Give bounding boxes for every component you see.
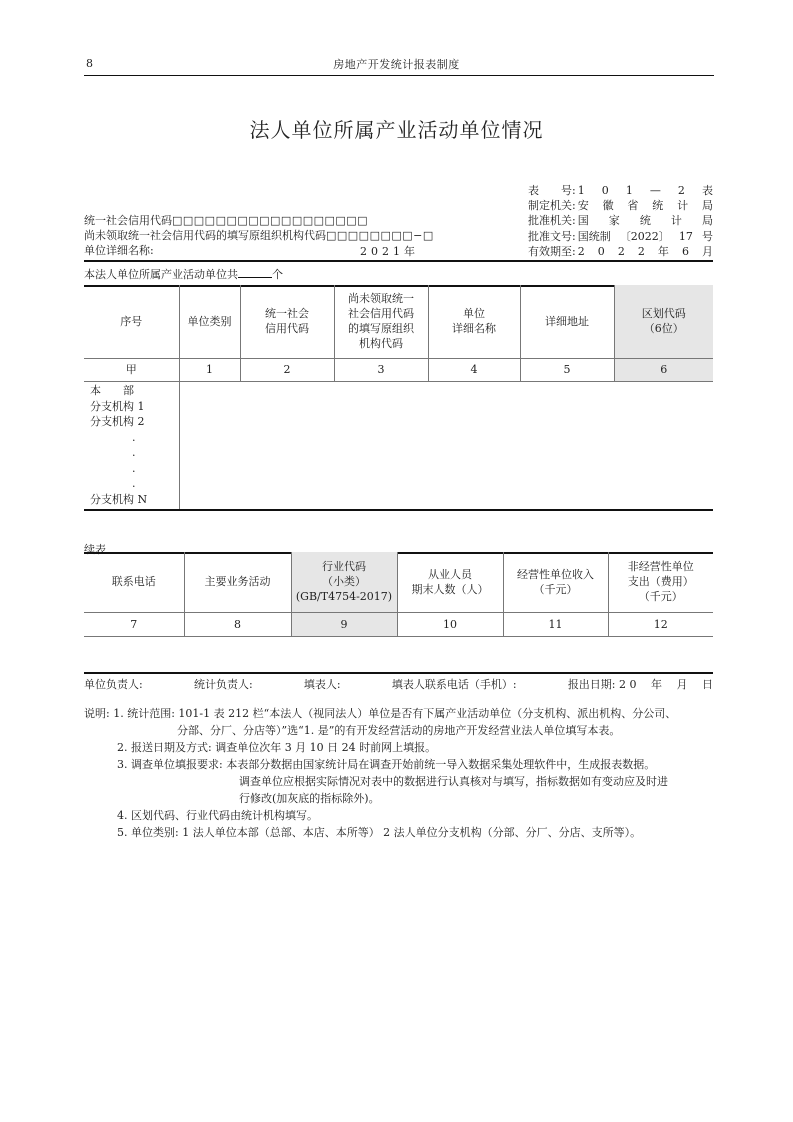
code-cell: 4 bbox=[428, 358, 520, 381]
unit-count-blank[interactable] bbox=[238, 267, 272, 278]
ellipsis-dot: . bbox=[90, 461, 147, 477]
approver-value: 国家统计局 bbox=[578, 213, 713, 228]
table-activity-units: 序号 单位类别 统一社会信用代码 尚未领取统一社会信用代码的填写原组织机构代码 … bbox=[84, 285, 713, 382]
document-title: 法人单位所属产业活动单位情况 bbox=[0, 114, 793, 143]
code-cell: 8 bbox=[184, 612, 291, 636]
org-code-boxes[interactable]: □□□□□□□□−□ bbox=[326, 229, 434, 242]
code-cell: 甲 bbox=[84, 358, 179, 381]
valid-until-value: 2022年6月 bbox=[578, 244, 713, 259]
code-cell: 12 bbox=[608, 612, 713, 636]
unit-count-line: 本法人单位所属产业活动单位共个 bbox=[84, 266, 283, 282]
table1-bottom-rule bbox=[84, 509, 713, 511]
approval-doc-value: 国统制〔2022〕17号 bbox=[578, 229, 713, 244]
org-code-label: 尚未领取统一社会信用代码的填写原组织机构代码 bbox=[84, 229, 326, 242]
org-code-field[interactable]: 尚未领取统一社会信用代码的填写原组织机构代码□□□□□□□□−□ bbox=[84, 228, 434, 243]
note-line: 4. 区划代码、行业代码由统计机构填写。 bbox=[84, 807, 724, 824]
code-cell: 11 bbox=[503, 612, 608, 636]
valid-until-row: 有效期至: 2022年6月 bbox=[528, 244, 713, 259]
row-label-headquarters: 本 部 bbox=[90, 383, 147, 399]
issuer-value: 安徽省统计局 bbox=[578, 198, 713, 213]
col-header-address: 详细地址 bbox=[520, 285, 614, 358]
running-title: 房地产开发统计报表制度 bbox=[0, 56, 793, 72]
report-year: 2021年 bbox=[360, 243, 419, 259]
note-line: 3. 调查单位填报要求: 本表部分数据由国家统计局在调查开始前统一导入数据采集处… bbox=[84, 756, 724, 773]
approver-row: 批准机关: 国家统计局 bbox=[528, 213, 713, 228]
stat-head-label: 统计负责人: bbox=[194, 676, 253, 692]
col-header-division-code: 区划代码（6位） bbox=[614, 285, 713, 358]
report-date-label: 报出日期: 2 0 年 月 日 bbox=[568, 676, 713, 692]
code-cell: 1 bbox=[179, 358, 240, 381]
code-cell: 3 bbox=[334, 358, 428, 381]
filler-label: 填表人: bbox=[304, 676, 341, 692]
unit-count-label: 本法人单位所属产业活动单位共 bbox=[84, 268, 238, 281]
col-header-org-code: 尚未领取统一社会信用代码的填写原组织机构代码 bbox=[334, 285, 428, 358]
ellipsis-dot: . bbox=[90, 445, 147, 461]
valid-until-label: 有效期至: bbox=[528, 244, 576, 259]
col-header-seq: 序号 bbox=[84, 285, 179, 358]
code-cell: 5 bbox=[520, 358, 614, 381]
issuer-row: 制定机关: 安徽省统计局 bbox=[528, 198, 713, 213]
col-header-credit-code: 统一社会信用代码 bbox=[240, 285, 334, 358]
ellipsis-dot: . bbox=[90, 430, 147, 446]
table2-code-row: 7 8 9 10 11 12 bbox=[84, 612, 713, 636]
code-cell: 7 bbox=[84, 612, 184, 636]
form-meta: 表 号: 101—2表 制定机关: 安徽省统计局 批准机关: 国家统计局 批准文… bbox=[528, 183, 713, 259]
code-cell: 10 bbox=[397, 612, 503, 636]
row-label-branch-2: 分支机构 2 bbox=[90, 414, 147, 430]
notes: 说明: 1. 统计范围: 101-1 表 212 栏“本法人（视同法人）单位是否… bbox=[84, 705, 724, 841]
note-line: 行修改(加灰底的指标除外)。 bbox=[84, 790, 724, 807]
col-header-unit-type: 单位类别 bbox=[179, 285, 240, 358]
approval-doc-row: 批准文号: 国统制〔2022〕17号 bbox=[528, 229, 713, 244]
table1-code-row: 甲 1 2 3 4 5 6 bbox=[84, 358, 713, 381]
credit-code-label: 统一社会信用代码 bbox=[84, 214, 172, 227]
form-number-label: 表 号: bbox=[528, 183, 576, 198]
credit-code-boxes[interactable]: □□□□□□□□□□□□□□□□□□ bbox=[172, 214, 368, 227]
signature-rule bbox=[84, 672, 713, 674]
col-header-industry-code: 行业代码（小类）(GB/T4754-2017) bbox=[291, 552, 397, 612]
credit-code-field[interactable]: 统一社会信用代码□□□□□□□□□□□□□□□□□□ bbox=[84, 213, 434, 228]
table1-header-row: 序号 单位类别 统一社会信用代码 尚未领取统一社会信用代码的填写原组织机构代码 … bbox=[84, 285, 713, 358]
note-line: 说明: 1. 统计范围: 101-1 表 212 栏“本法人（视同法人）单位是否… bbox=[84, 705, 724, 722]
col-header-employees: 从业人员期末人数（人） bbox=[397, 552, 503, 612]
form-number-row: 表 号: 101—2表 bbox=[528, 183, 713, 198]
unit-head-label: 单位负责人: bbox=[84, 676, 143, 692]
col-header-phone: 联系电话 bbox=[84, 552, 184, 612]
code-cell: 9 bbox=[291, 612, 397, 636]
ellipsis-dot: . bbox=[90, 476, 147, 492]
row-label-branch-n: 分支机构 N bbox=[90, 492, 147, 508]
row-label-branch-1: 分支机构 1 bbox=[90, 399, 147, 415]
col-header-operating-income: 经营性单位收入（千元） bbox=[503, 552, 608, 612]
note-line: 分部、分厂、分店等）”选“1. 是”的有开发经营活动的房地产开发经营业法人单位填… bbox=[84, 722, 724, 739]
form-number-value: 101—2表 bbox=[578, 183, 713, 198]
note-line: 2. 报送日期及方式: 调查单位次年 3 月 10 日 24 时前网上填报。 bbox=[84, 739, 724, 756]
approver-label: 批准机关: bbox=[528, 213, 576, 228]
row-labels: 本 部 分支机构 1 分支机构 2 . . . . 分支机构 N bbox=[90, 383, 147, 507]
table2-header-row: 联系电话 主要业务活动 行业代码（小类）(GB/T4754-2017) 从业人员… bbox=[84, 552, 713, 612]
col-header-nonoperating-expense: 非经营性单位支出（费用）（千元） bbox=[608, 552, 713, 612]
section-rule bbox=[84, 260, 713, 262]
issuer-label: 制定机关: bbox=[528, 198, 576, 213]
code-cell: 6 bbox=[614, 358, 713, 381]
note-line: 5. 单位类别: 1 法人单位本部（总部、本店、本所等） 2 法人单位分支机构（… bbox=[84, 824, 724, 841]
filler-phone-label: 填表人联系电话（手机）: bbox=[392, 676, 517, 692]
unit-count-suffix: 个 bbox=[272, 268, 283, 281]
code-cell: 2 bbox=[240, 358, 334, 381]
unit-name-label: 单位详细名称: bbox=[84, 244, 154, 257]
col-header-main-activity: 主要业务活动 bbox=[184, 552, 291, 612]
column-divider bbox=[179, 381, 180, 509]
header-rule bbox=[84, 75, 714, 76]
approval-doc-label: 批准文号: bbox=[528, 229, 576, 244]
signature-line: 单位负责人: 统计负责人: 填表人: 填表人联系电话（手机）: 报出日期: 2 … bbox=[84, 676, 713, 692]
note-line: 调查单位应根据实际情况对表中的数据进行认真核对与填写，指标数据如有变动应及时进 bbox=[84, 773, 724, 790]
table1-body: 本 部 分支机构 1 分支机构 2 . . . . 分支机构 N bbox=[84, 381, 713, 509]
table-continuation: 联系电话 主要业务活动 行业代码（小类）(GB/T4754-2017) 从业人员… bbox=[84, 552, 713, 637]
col-header-unit-name: 单位详细名称 bbox=[428, 285, 520, 358]
